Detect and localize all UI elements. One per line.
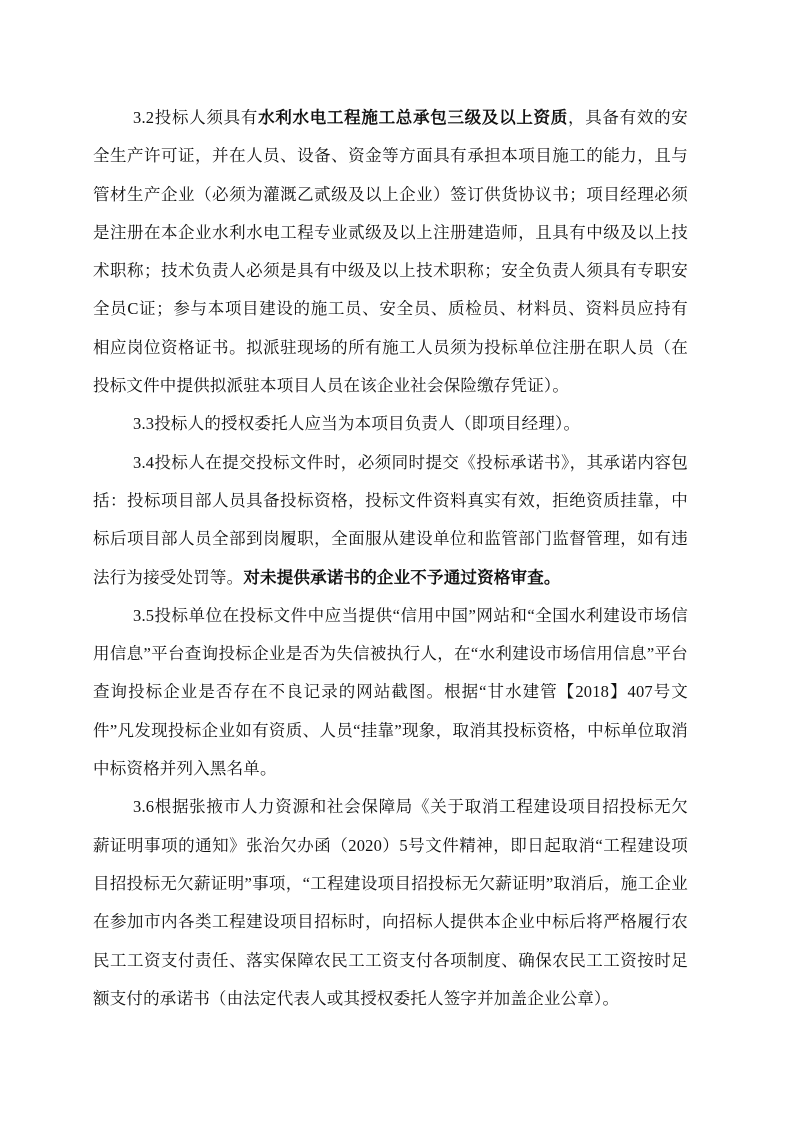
text-segment: 3.3投标人的授权委托人应当为本项目负责人（即项目经理）。 bbox=[133, 414, 580, 433]
bold-text-segment: 水利水电工程施工总承包三级及以上资质 bbox=[258, 108, 568, 127]
paragraph-3-6: 3.6根据张掖市人力资源和社会保障局《关于取消工程建设项目招投标无欠薪证明事项的… bbox=[93, 788, 688, 1018]
text-segment: 3.4投标人在提交投标文件时，必须同时提交《投标承诺书》，其承诺内容包括：投标项… bbox=[93, 453, 688, 587]
text-segment: 3.6根据张掖市人力资源和社会保障局《关于取消工程建设项目招投标无欠薪证明事项的… bbox=[93, 797, 688, 1007]
text-segment: ，具备有效的安全生产许可证，并在人员、设备、资金等方面具有承担本项目施工的能力，… bbox=[93, 108, 688, 395]
bold-text-segment: 对未提供承诺书的企业不予通过资格审查。 bbox=[243, 568, 560, 587]
document-body: 3.2投标人须具有水利水电工程施工总承包三级及以上资质，具备有效的安全生产许可证… bbox=[93, 99, 688, 1018]
document-page: 3.2投标人须具有水利水电工程施工总承包三级及以上资质，具备有效的安全生产许可证… bbox=[0, 0, 793, 1122]
text-segment: 3.5投标单位在投标文件中应当提供“信用中国”网站和“全国水利建设市场信用信息”… bbox=[93, 606, 688, 778]
text-segment: 3.2投标人须具有 bbox=[133, 108, 258, 127]
paragraph-3-4: 3.4投标人在提交投标文件时，必须同时提交《投标承诺书》，其承诺内容包括：投标项… bbox=[93, 444, 688, 597]
paragraph-3-2: 3.2投标人须具有水利水电工程施工总承包三级及以上资质，具备有效的安全生产许可证… bbox=[93, 99, 688, 405]
paragraph-3-3: 3.3投标人的授权委托人应当为本项目负责人（即项目经理）。 bbox=[93, 405, 688, 443]
paragraph-3-5: 3.5投标单位在投标文件中应当提供“信用中国”网站和“全国水利建设市场信用信息”… bbox=[93, 597, 688, 788]
